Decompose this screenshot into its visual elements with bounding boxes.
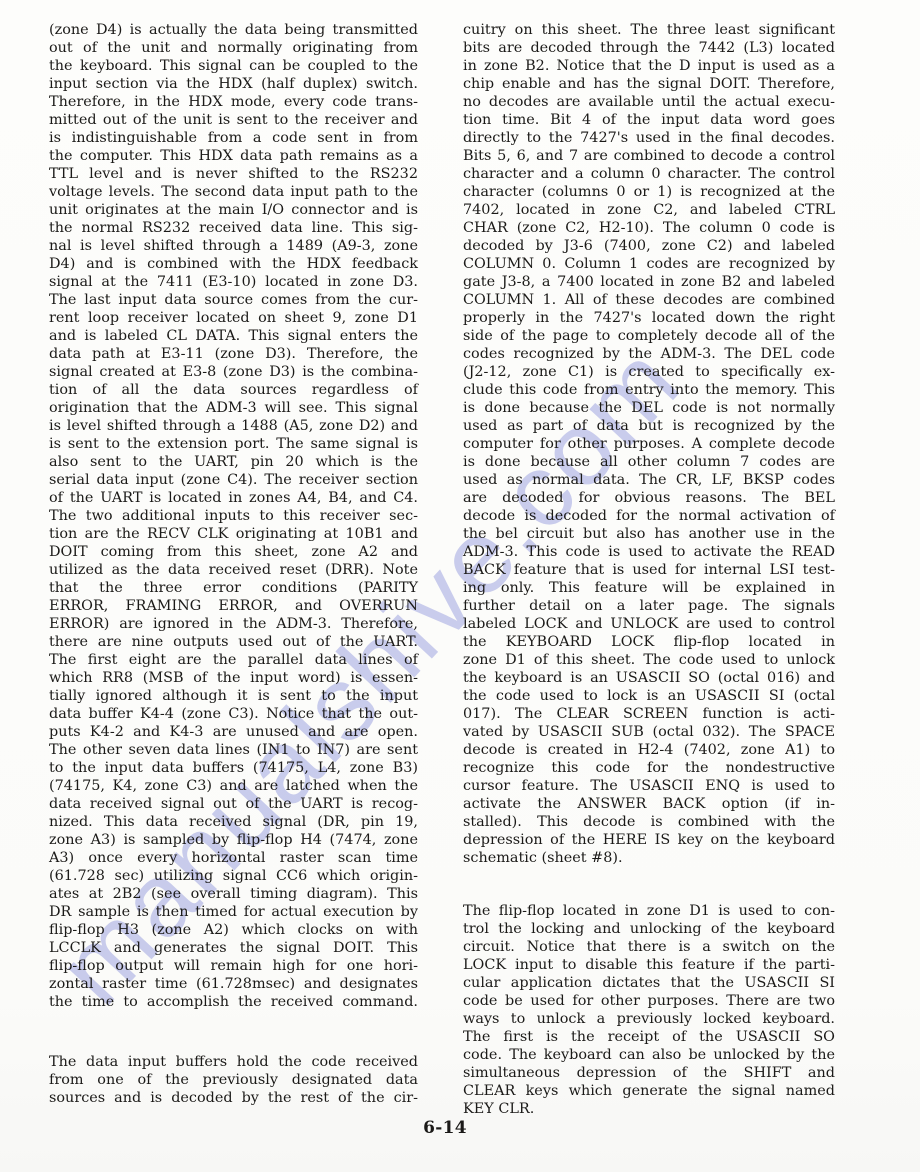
text-line: are decoded for obvious reasons. The BEL — [463, 489, 835, 507]
text-line: is level shifted through a 1488 (A5, zon… — [49, 417, 418, 435]
text-line: the computer. This HDX data path remains… — [49, 147, 418, 165]
text-line: nized. This data received signal (DR, pi… — [49, 813, 418, 831]
text-line: COLUMN 1. All of these decodes are combi… — [463, 291, 835, 309]
text-line: decode is decoded for the normal activat… — [463, 507, 835, 525]
text-line: the normal RS232 received data line. Thi… — [49, 219, 418, 237]
text-line: to the input data buffers (74175, L4, zo… — [49, 759, 418, 777]
text-line: character (columns 0 or 1) is recognized… — [463, 183, 835, 201]
text-line: (J2-12, zone C1) is created to specifica… — [463, 363, 835, 381]
text-line: (zone D4) is actually the data being tra… — [49, 21, 418, 39]
text-line: The first is the receipt of the USASCII … — [463, 1028, 835, 1046]
text-line: voltage levels. The second data input pa… — [49, 183, 418, 201]
text-line: no decodes are available until the actua… — [463, 93, 835, 111]
text-line: ERROR, FRAMING ERROR, and OVERRUN — [49, 597, 418, 615]
text-line: data path at E3-11 (zone D3). Therefore,… — [49, 345, 418, 363]
text-line: The two additional inputs to this receiv… — [49, 507, 418, 525]
text-line: zone D1 of this sheet. The code used to … — [463, 651, 835, 669]
text-line: codes recognized by the ADM-3. The DEL c… — [463, 345, 835, 363]
text-line: TTL level and is never shifted to the RS… — [49, 165, 418, 183]
text-line: the time to accomplish the received comm… — [49, 993, 418, 1011]
text-line: DOIT coming from this sheet, zone A2 and — [49, 543, 418, 561]
text-line: which RR8 (MSB of the input word) is ess… — [49, 669, 418, 687]
text-line: 017). The CLEAR SCREEN function is acti- — [463, 705, 835, 723]
text-line: serial data input (zone C4). The receive… — [49, 471, 418, 489]
text-line: ways to unlock a previously locked keybo… — [463, 1010, 835, 1028]
right-text-column: cuitry on this sheet. The three least si… — [463, 21, 835, 1118]
text-line: the keyboard. This signal can be coupled… — [49, 57, 418, 75]
text-line: The data input buffers hold the code rec… — [49, 1053, 418, 1071]
text-line: BACK feature that is used for internal L… — [463, 561, 835, 579]
text-line: in zone B2. Notice that the D input is u… — [463, 57, 835, 75]
text-line: trol the locking and unlocking of the ke… — [463, 920, 835, 938]
text-line: depression of the HERE IS key on the key… — [463, 831, 835, 849]
text-line: used as part of data but is recognized b… — [463, 417, 835, 435]
text-line: tion of all the data sources regardless … — [49, 381, 418, 399]
text-line: used as normal data. The CR, LF, BKSP co… — [463, 471, 835, 489]
text-line: The other seven data lines (IN1 to IN7) … — [49, 741, 418, 759]
text-line: side of the page to completely decode al… — [463, 327, 835, 345]
text-line: decoded by J3-6 (7400, zone C2) and labe… — [463, 237, 835, 255]
text-line: COLUMN 0. Column 1 codes are recognized … — [463, 255, 835, 273]
text-line: rent loop receiver located on sheet 9, z… — [49, 309, 418, 327]
paragraph: The flip-flop located in zone D1 is used… — [463, 902, 835, 1118]
text-line: activate the ANSWER BACK option (if in- — [463, 795, 835, 813]
text-line: directly to the 7427's used in the final… — [463, 129, 835, 147]
text-line: signal created at E3-8 (zone D3) is the … — [49, 363, 418, 381]
text-line: A3) once every horizontal raster scan ti… — [49, 849, 418, 867]
text-line: LOCK input to disable this feature if th… — [463, 956, 835, 974]
paragraph: cuitry on this sheet. The three least si… — [463, 21, 835, 867]
text-line: sources and is decoded by the rest of th… — [49, 1089, 418, 1107]
paragraph: (zone D4) is actually the data being tra… — [49, 21, 418, 1011]
text-line: further detail on a later page. The sign… — [463, 597, 835, 615]
text-line: ADM-3. This code is used to activate the… — [463, 543, 835, 561]
text-line: The first eight are the parallel data li… — [49, 651, 418, 669]
text-line: puts K4-2 and K4-3 are unused and are op… — [49, 723, 418, 741]
text-line: input section via the HDX (half duplex) … — [49, 75, 418, 93]
text-line: the keyboard is an USASCII SO (octal 016… — [463, 669, 835, 687]
text-line: tion are the RECV CLK originating at 10B… — [49, 525, 418, 543]
text-line: flip-flop H3 (zone A2) which clocks on w… — [49, 921, 418, 939]
text-line: that the three error conditions (PARITY — [49, 579, 418, 597]
text-line: cuitry on this sheet. The three least si… — [463, 21, 835, 39]
footer-page-number: 6-14 — [0, 1118, 890, 1138]
text-line: ing only. This feature will be explained… — [463, 579, 835, 597]
text-line: origination that the ADM-3 will see. Thi… — [49, 399, 418, 417]
text-line: KEY CLR. — [463, 1100, 835, 1118]
text-line: properly in the 7427's located down the … — [463, 309, 835, 327]
text-line: chip enable and has the signal DOIT. The… — [463, 75, 835, 93]
document-page: manualshive.com (zone D4) is actually th… — [0, 0, 920, 1172]
text-line: ates at 2B2 (see overall timing diagram)… — [49, 885, 418, 903]
text-line: character and a column 0 character. The … — [463, 165, 835, 183]
text-line: (74175, K4, zone C3) and are latched whe… — [49, 777, 418, 795]
text-line: is done because all other column 7 codes… — [463, 453, 835, 471]
text-line: mitted out of the unit is sent to the re… — [49, 111, 418, 129]
text-line: circuit. Notice that there is a switch o… — [463, 938, 835, 956]
text-line: tion time. Bit 4 of the input data word … — [463, 111, 835, 129]
text-line: stalled). This decode is combined with t… — [463, 813, 835, 831]
text-line: zone A3) is sampled by flip-flop H4 (747… — [49, 831, 418, 849]
text-line: Therefore, in the HDX mode, every code t… — [49, 93, 418, 111]
text-line: of the UART is located in zones A4, B4, … — [49, 489, 418, 507]
left-text-column: (zone D4) is actually the data being tra… — [49, 21, 418, 1107]
text-line: CHAR (zone C2, H2-10). The column 0 code… — [463, 219, 835, 237]
text-line: recognize this code for the nondestructi… — [463, 759, 835, 777]
text-line: D4) and is combined with the HDX feedbac… — [49, 255, 418, 273]
text-line: also sent to the UART, pin 20 which is t… — [49, 453, 418, 471]
text-line: computer for other purposes. A complete … — [463, 435, 835, 453]
text-line: code be used for other purposes. There a… — [463, 992, 835, 1010]
text-line: vated by USASCII SUB (octal 032). The SP… — [463, 723, 835, 741]
text-line: LCCLK and generates the signal DOIT. Thi… — [49, 939, 418, 957]
text-line: CLEAR keys which generate the signal nam… — [463, 1082, 835, 1100]
text-line: unit originates at the main I/O connecto… — [49, 201, 418, 219]
text-line: flip-flop output will remain high for on… — [49, 957, 418, 975]
text-line: data buffer K4-4 (zone C3). Notice that … — [49, 705, 418, 723]
page-content: (zone D4) is actually the data being tra… — [0, 0, 920, 1172]
text-line: clude this code from entry into the memo… — [463, 381, 835, 399]
text-line: (61.728 sec) utilizing signal CC6 which … — [49, 867, 418, 885]
text-line: the bel circuit but also has another use… — [463, 525, 835, 543]
text-line: nal is level shifted through a 1489 (A9-… — [49, 237, 418, 255]
text-line: the code used to lock is an USASCII SI (… — [463, 687, 835, 705]
text-line: The flip-flop located in zone D1 is used… — [463, 902, 835, 920]
text-line: tially ignored although it is sent to th… — [49, 687, 418, 705]
text-line: Bits 5, 6, and 7 are combined to decode … — [463, 147, 835, 165]
text-line: and is labeled CL DATA. This signal ente… — [49, 327, 418, 345]
text-line: the KEYBOARD LOCK flip-flop located in — [463, 633, 835, 651]
text-line: is sent to the extension port. The same … — [49, 435, 418, 453]
text-line: gate J3-8, a 7400 located in zone B2 and… — [463, 273, 835, 291]
text-line: there are nine outputs used out of the U… — [49, 633, 418, 651]
text-line: signal at the 7411 (E3-10) located in zo… — [49, 273, 418, 291]
text-line: ERROR) are ignored in the ADM-3. Therefo… — [49, 615, 418, 633]
text-line: The last input data source comes from th… — [49, 291, 418, 309]
text-line: from one of the previously designated da… — [49, 1071, 418, 1089]
text-line: decode is created in H2-4 (7402, zone A1… — [463, 741, 835, 759]
text-line: code. The keyboard can also be unlocked … — [463, 1046, 835, 1064]
paragraph: The data input buffers hold the code rec… — [49, 1053, 418, 1107]
text-line: bits are decoded through the 7442 (L3) l… — [463, 39, 835, 57]
text-line: schematic (sheet #8). — [463, 849, 835, 867]
text-line: simultaneous depression of the SHIFT and — [463, 1064, 835, 1082]
text-line: labeled LOCK and UNLOCK are used to cont… — [463, 615, 835, 633]
text-line: zontal raster time (61.728msec) and desi… — [49, 975, 418, 993]
text-line: data received signal out of the UART is … — [49, 795, 418, 813]
text-line: cular application dictates that the USAS… — [463, 974, 835, 992]
text-line: is done because the DEL code is not norm… — [463, 399, 835, 417]
text-line: cursor feature. The USASCII ENQ is used … — [463, 777, 835, 795]
text-line: is indistinguishable from a code sent in… — [49, 129, 418, 147]
text-line: utilized as the data received reset (DRR… — [49, 561, 418, 579]
text-line: out of the unit and normally originating… — [49, 39, 418, 57]
text-line: DR sample is then timed for actual execu… — [49, 903, 418, 921]
text-line: 7402, located in zone C2, and labeled CT… — [463, 201, 835, 219]
